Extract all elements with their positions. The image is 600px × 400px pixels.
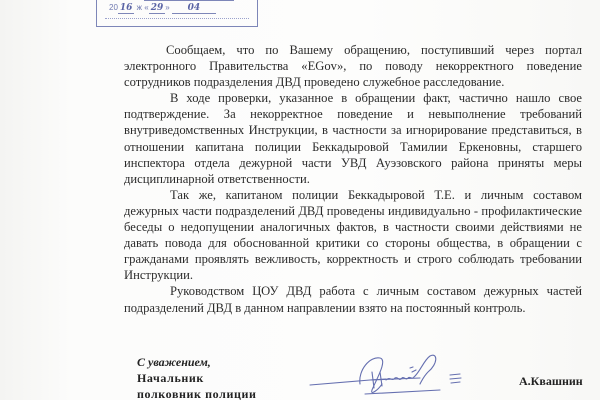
stamp-year-handwritten: 16 [118,3,135,14]
stamp-dotted-line [105,18,249,19]
registration-stamp: Шығыс № 2016 ж «29» 04 [96,0,258,27]
stamp-year-word: ж « [137,3,149,12]
signer-name: А.Квашнин [519,374,583,389]
letter-closing: С уважением, Начальник полковник полиции [137,354,257,400]
scanned-letter-page: Шығыс № 2016 ж «29» 04 Сообщаем, что по … [0,0,600,400]
paragraph-preventive-talks: Так же, капитаном полиции Беккадыровой Т… [124,187,582,284]
handwritten-signature [300,350,490,400]
letter-body: Сообщаем, что по Вашему обращению, посту… [124,42,582,316]
stamp-number-label: Шығыс № [107,0,144,1]
stamp-month-handwritten: 04 [172,3,216,14]
stamp-number-field [144,0,234,1]
stamp-day-handwritten: 29 [149,3,166,14]
stamp-day-close: » [165,3,169,12]
closing-position: Начальник [137,370,257,386]
stamp-year-prefix: 20 [109,3,118,12]
signature-icon [300,350,490,400]
closing-rank: полковник полиции [137,386,257,400]
paragraph-control: Руководством ЦОУ ДВД работа с личным сос… [124,283,582,315]
closing-regards: С уважением, [137,354,257,370]
stamp-outgoing-number: Шығыс № [107,0,234,1]
stamp-date: 2016 ж «29» 04 [109,3,216,14]
paragraph-findings: В ходе проверки, указанное в обращении ф… [124,90,582,187]
paragraph-investigation: Сообщаем, что по Вашему обращению, посту… [124,42,582,90]
